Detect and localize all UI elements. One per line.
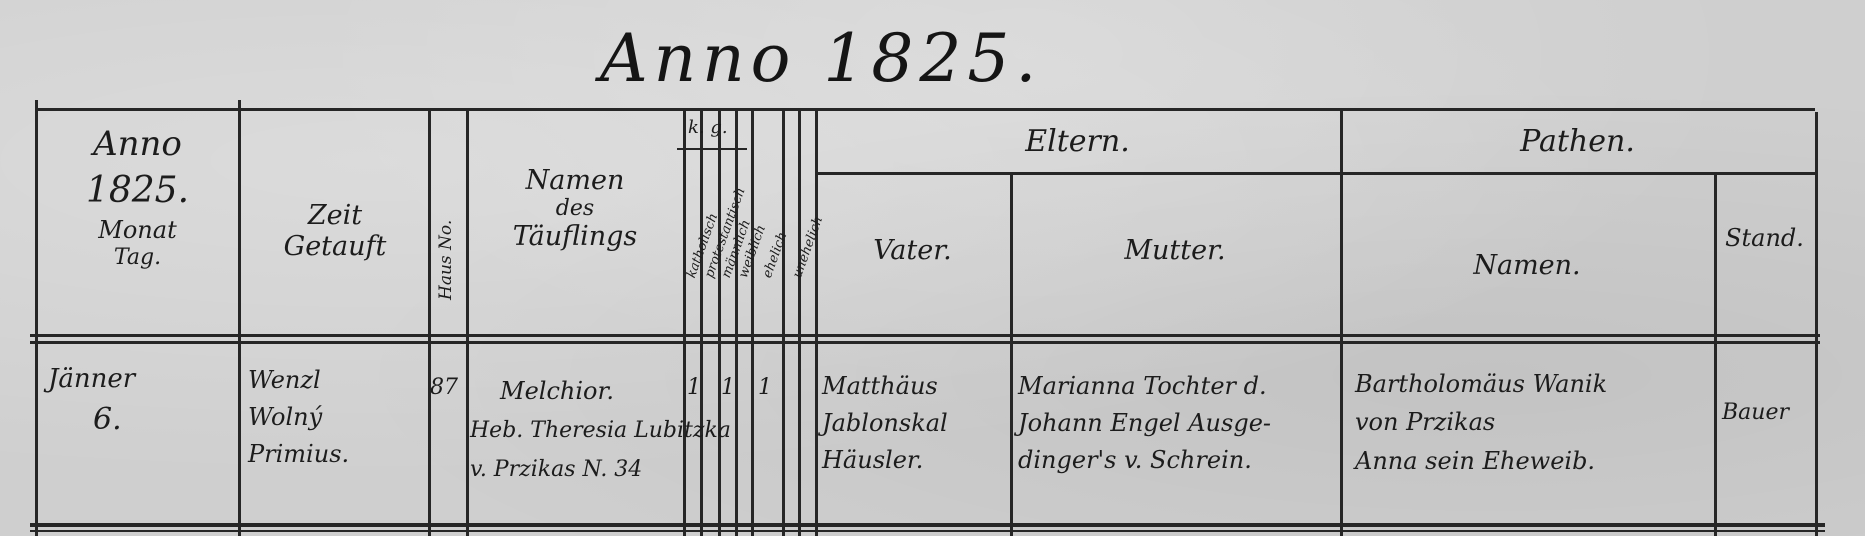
col-rule xyxy=(815,108,818,536)
col-rule xyxy=(751,108,754,536)
header-house-no: Haus No. xyxy=(436,220,456,300)
row-bottom-rule-1 xyxy=(30,523,1825,527)
header-father: Vater. xyxy=(815,235,1010,266)
row1-flag-1: 1 xyxy=(687,375,701,400)
header-bottom-rule-2 xyxy=(30,341,1820,344)
page-title: Anno 1825. xyxy=(600,20,1042,97)
header-godparents-group: Pathen. xyxy=(1340,125,1815,160)
row1-father-line2: Jablonskal xyxy=(822,405,948,442)
col-rule xyxy=(428,108,431,536)
row1-godparent-line2: von Przikas xyxy=(1355,403,1607,441)
header-parents-group: Eltern. xyxy=(815,125,1340,160)
header-mother: Mutter. xyxy=(1010,235,1340,266)
row1-house-no: 87 xyxy=(430,375,458,400)
header-baptizer: Zeit Getauft xyxy=(245,200,425,262)
row1-baptizer-line3: Primius. xyxy=(248,436,349,473)
row1-child-name-line3: v. Przikas N. 34 xyxy=(470,451,731,490)
row1-mother: Marianna Tochter d. Johann Engel Ausge- … xyxy=(1018,368,1271,480)
row1-father-line1: Matthäus xyxy=(822,368,948,405)
col-rule xyxy=(466,108,469,536)
row1-godparent-line3: Anna sein Eheweib. xyxy=(1355,442,1607,480)
row1-child-name-line2: Heb. Theresia Lubitzka xyxy=(470,412,731,451)
header-child-name-line2: des xyxy=(470,196,680,221)
col-rule xyxy=(798,108,801,536)
row1-date: Jänner 6. xyxy=(48,365,135,437)
col-rule xyxy=(782,108,785,536)
col-rule xyxy=(238,100,241,536)
row1-date-month: Jänner xyxy=(48,365,135,395)
row1-godparent-line1: Bartholomäus Wanik xyxy=(1355,365,1607,403)
row-bottom-rule-2 xyxy=(30,530,1825,532)
header-godparent-name: Namen. xyxy=(1340,250,1714,281)
header-baptizer-line1: Zeit xyxy=(245,200,425,231)
header-godparent-status: Stand. xyxy=(1714,225,1815,253)
row1-flag-3: 1 xyxy=(758,375,772,400)
header-child-name-line1: Namen xyxy=(470,165,680,196)
header-date-day: Tag. xyxy=(45,245,230,270)
col-rule xyxy=(735,108,738,536)
header-child-name-line3: Täuflings xyxy=(470,221,680,252)
col-rule xyxy=(1010,172,1013,536)
row1-date-day: 6. xyxy=(93,403,135,438)
row1-godparent-status: Bauer xyxy=(1722,400,1789,425)
row1-father-line3: Häusler. xyxy=(822,442,948,479)
subheader-rule xyxy=(815,172,1815,175)
kg-group-rule xyxy=(677,148,747,150)
col-rule xyxy=(35,100,38,536)
row1-mother-line1: Marianna Tochter d. xyxy=(1018,368,1271,405)
header-date-anno: Anno xyxy=(45,125,230,164)
row1-flag-2: 1 xyxy=(721,375,735,400)
row1-mother-line2: Johann Engel Ausge- xyxy=(1018,405,1271,442)
header-baptizer-line2: Getauft xyxy=(245,231,425,262)
header-child-name: Namen des Täuflings xyxy=(470,165,680,252)
register-page: Anno 1825. Anno 1825. Monat Tag. Zeit Ge… xyxy=(0,0,1865,536)
table-top-rule xyxy=(35,108,1815,111)
row1-baptizer-line2: Wolný xyxy=(248,399,349,436)
col-rule xyxy=(1340,108,1343,536)
header-date-year: 1825. xyxy=(45,170,230,211)
header-bottom-rule-1 xyxy=(30,334,1820,337)
row1-baptizer: Wenzl Wolný Primius. xyxy=(248,362,349,474)
col-rule xyxy=(1815,112,1818,536)
header-date: Anno 1825. Monat Tag. xyxy=(45,125,230,270)
row1-mother-line3: dinger's v. Schrein. xyxy=(1018,442,1271,479)
row1-baptizer-line1: Wenzl xyxy=(248,362,349,399)
header-date-month: Monat xyxy=(45,217,230,245)
row1-father: Matthäus Jablonskal Häusler. xyxy=(822,368,948,480)
row1-godparent-name: Bartholomäus Wanik von Przikas Anna sein… xyxy=(1355,365,1607,480)
header-kg-label: k. g. xyxy=(688,118,728,139)
